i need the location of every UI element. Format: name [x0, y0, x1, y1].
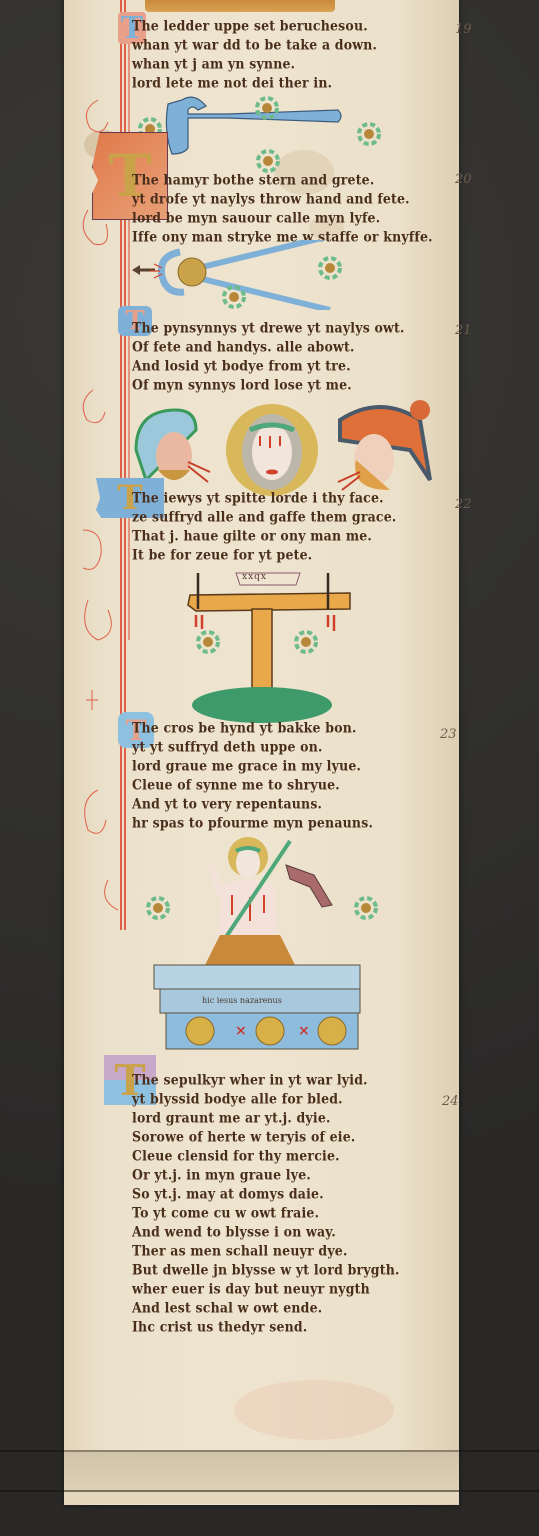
- stanza-ladder: The ledder uppe set beruchesou. whan yt …: [132, 16, 377, 92]
- heads-icon: [130, 390, 440, 500]
- three-heads-illustration: [130, 390, 440, 500]
- man-of-sorrows-illustration: × × hic iesus nazarenus: [140, 835, 400, 1065]
- folio-number: 21: [455, 323, 472, 338]
- verse-line: Ihc crist us thedyr send.: [132, 1316, 400, 1338]
- folio-number: 24: [442, 1094, 459, 1109]
- roll-fold-bottom: [64, 1492, 459, 1504]
- folio-number: 22: [455, 497, 472, 512]
- tomb-inscription: hic iesus nazarenus: [202, 996, 282, 1005]
- roll-fold: [64, 1452, 459, 1490]
- stanza-hammer: The hamyr bothe stern and grete. yt drof…: [132, 170, 433, 246]
- stanza-sepulchre: The sepulkyr wher in yt war lyid. yt bly…: [132, 1070, 400, 1336]
- svg-text:×: ×: [298, 1023, 310, 1039]
- tomb-figure-icon: × ×: [140, 835, 400, 1065]
- svg-text:×: ×: [235, 1023, 247, 1039]
- stanza-cross: The cros be hynd yt bakke bon. yt yt suf…: [132, 718, 373, 832]
- ladder-illustration-fragment: [145, 0, 335, 12]
- folio-number: 20: [455, 172, 472, 187]
- verse-line: hr spas to pfourme myn penauns.: [132, 812, 373, 834]
- stanza-spitting: The iewys yt spitte lorde i thy face. ze…: [132, 488, 396, 564]
- stanza-pincers: The pynsynnys yt drewe yt naylys owt. Of…: [132, 318, 405, 394]
- verse-line: It be for zeue for yt pete.: [132, 544, 396, 566]
- folio-number: 19: [455, 22, 472, 37]
- titulus: xxqx: [242, 572, 267, 582]
- folio-number: 23: [440, 727, 457, 742]
